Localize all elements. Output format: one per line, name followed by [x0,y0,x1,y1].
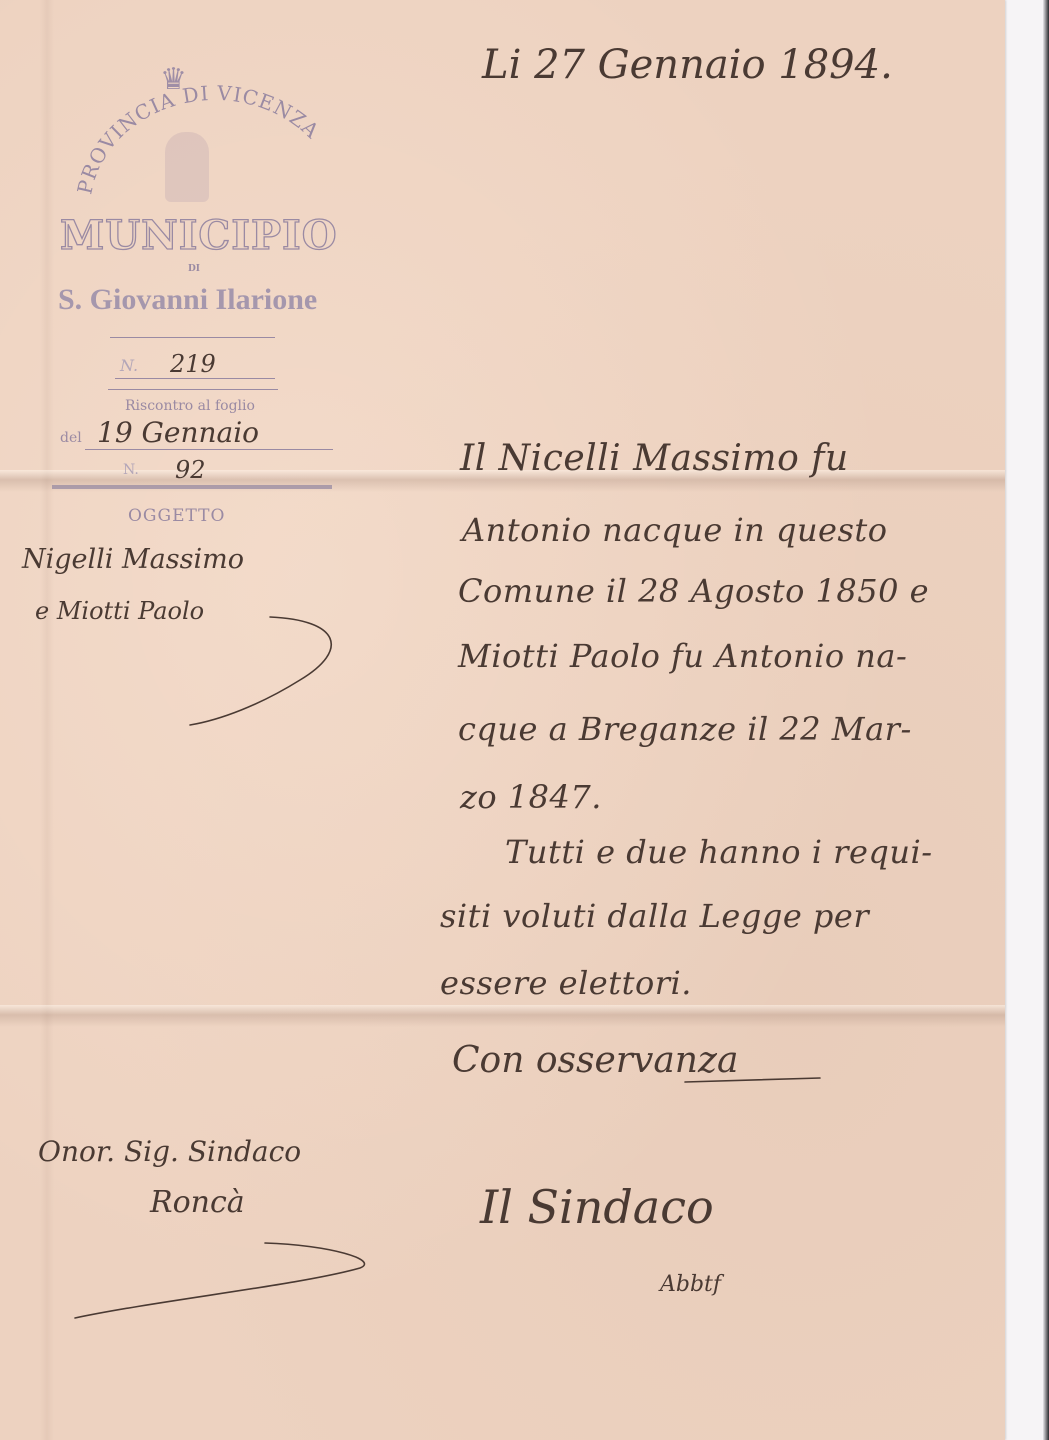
recipient-title: Onor. Sig. Sindaco [38,1135,301,1168]
reference-date: 19 Gennaio [97,416,259,449]
document-page: ♛ PROVINCIA DI VICENZA MUNICIPIO DI S. G… [0,0,1005,1440]
del-underline [85,449,333,450]
body-line: Tutti e due hanno i requi- [505,833,933,871]
saint-figure-icon [165,132,209,202]
stamp-number-label-2: N. [123,462,139,478]
body-line: Miotti Paolo fu Antonio na- [458,637,907,675]
closing-salutation: Con osservanza [452,1040,738,1081]
number-underline-2 [108,389,278,390]
body-line: Comune il 28 Agosto 1850 e [458,572,929,610]
subject-line-1: Nigelli Massimo [22,544,244,575]
stamp-arc-text: PROVINCIA DI VICENZA [70,85,360,215]
scan-edge [1043,0,1049,1440]
subject-line-2: e Miotti Paolo [35,597,204,625]
stamp-bar [52,485,332,489]
body-line: cque a Breganze il 22 Mar- [458,710,912,748]
vertical-fold [40,0,54,1440]
stamp-riscontro-label: Riscontro al foglio [125,398,255,414]
stamp-divider [110,337,275,338]
body-line: Antonio nacque in questo [462,511,888,549]
stamp-place: S. Giovanni Ilarione [58,283,317,317]
signer-title: Il Sindaco [480,1180,714,1234]
number-underline [115,378,275,379]
body-line: zo 1847. [460,778,602,816]
protocol-number: 219 [170,350,216,378]
body-line: essere elettori. [440,964,692,1002]
stamp-del-label: del [60,430,82,446]
recipient-name: Roncà [150,1185,245,1220]
stamp-number-label: N. [120,356,138,375]
signature: Abbtf [660,1272,721,1297]
stamp-di: DI [188,264,200,274]
fold-line-lower [0,1005,1005,1027]
reference-number: 92 [175,456,206,484]
place-date: Li 27 Gennaio 1894. [482,42,893,88]
body-line: Il Nicelli Massimo fu [460,438,849,479]
stamp-title: MUNICIPIO [60,212,338,259]
body-line: siti voluti dalla Legge per [440,897,869,935]
stamp-oggetto-label: OGGETTO [128,506,225,526]
